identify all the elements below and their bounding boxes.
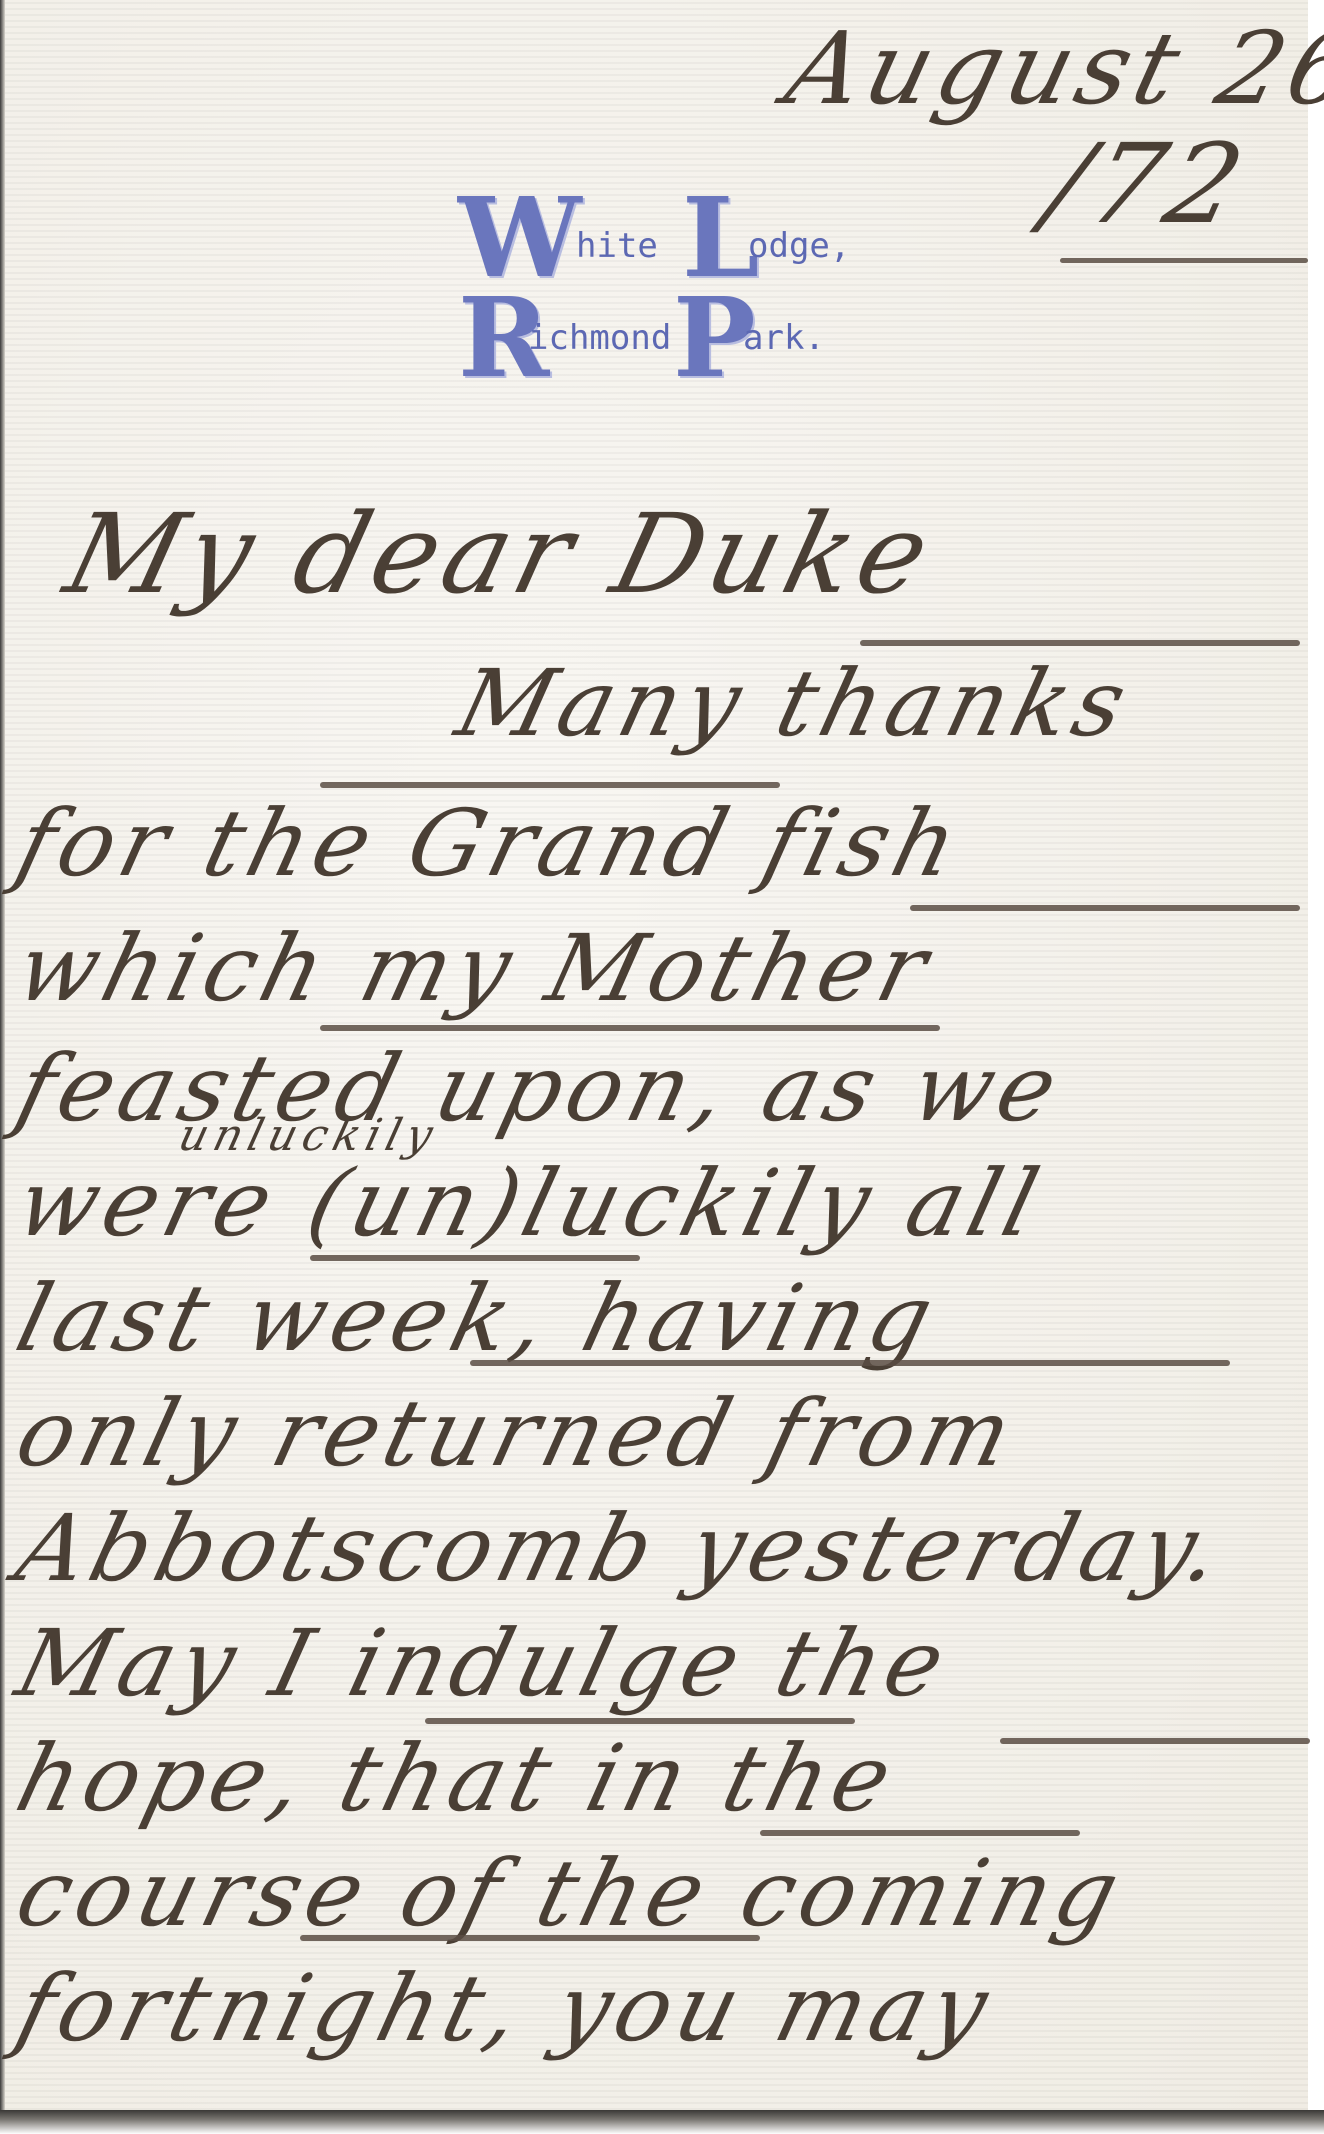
letterhead: W hite L odge, R ichmond P ark. [458,188,838,388]
salutation: My dear Duke [54,490,947,618]
letterhead-text-odge: odge, [748,226,850,266]
letterhead-text-ark: ark. [743,318,825,358]
paper-bottom-shadow [0,2110,1324,2134]
body-line-6: last week, having [7,1265,949,1372]
t-cross-stroke [320,1025,940,1031]
body-line-1: Many thanks [447,650,1142,757]
t-cross-stroke [860,640,1300,646]
body-line-10: hope, that in the [7,1725,908,1832]
t-cross-stroke [1000,1738,1310,1744]
body-line-3: which my Mother [7,915,944,1022]
body-line-12: fortnight, you may [7,1955,1004,2062]
body-line-9: May I indulge the [7,1610,961,1717]
letterhead-line-2: R ichmond P ark. [458,288,838,388]
t-cross-stroke [425,1718,855,1724]
letterhead-text-hite: hite [576,226,658,266]
body-line-4: feasted upon, as we [7,1035,1074,1142]
body-line-11: course of the coming [7,1840,1135,1947]
letterhead-text-ichmond: ichmond [528,318,671,358]
body-line-2: for the Grand fish [7,790,974,897]
paper-left-edge [0,0,5,2110]
t-cross-stroke [310,1255,640,1261]
t-cross-stroke [320,782,780,788]
date-line-2: /72 [1034,120,1261,248]
t-cross-stroke [910,905,1300,911]
body-line-5: were (un)luckily all [7,1150,1055,1257]
t-cross-stroke [760,1830,1080,1836]
body-line-7: only returned from [7,1380,1028,1487]
t-cross-stroke [300,1935,760,1941]
body-line-8: Abbotscomb yesterday. [7,1495,1238,1602]
date-line-1: August 26. [775,10,1324,127]
date-flourish [1060,258,1308,263]
t-cross-stroke [470,1360,1230,1366]
